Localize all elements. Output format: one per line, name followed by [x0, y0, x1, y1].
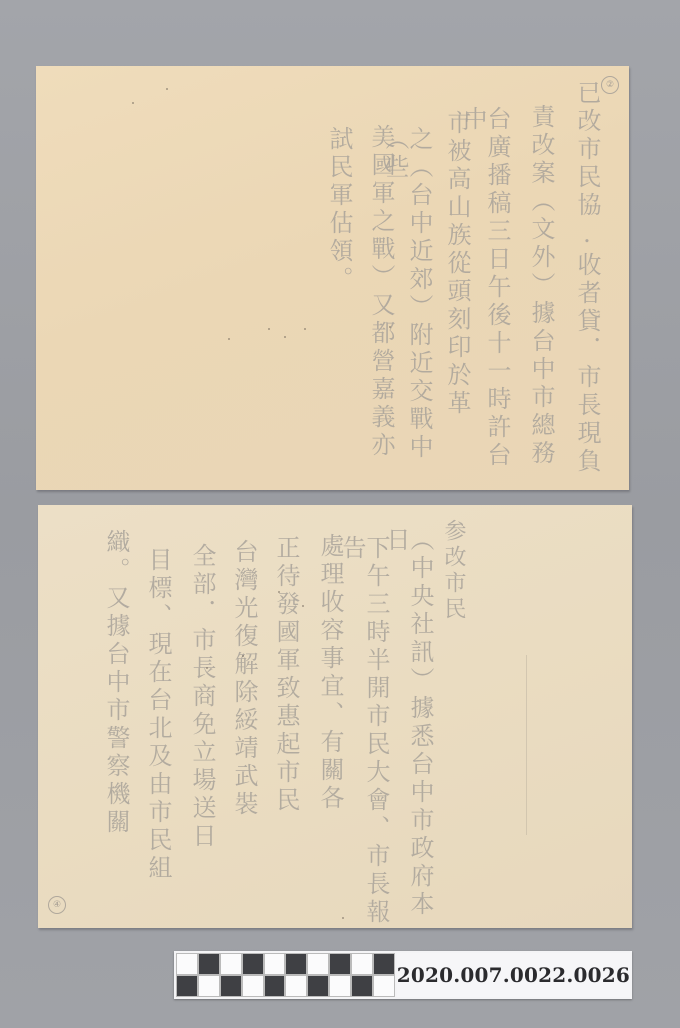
paper-speck: [284, 336, 286, 338]
text-column: （中央社訊）據悉台中市政府本日: [384, 527, 432, 928]
scale-cell: [242, 953, 264, 975]
paper-speck: [268, 328, 270, 330]
manuscript-sheet-bottom: 参改市民 （中央社訊）據悉台中市政府本日 下午三時半開市民大會、市長報告 處理收…: [38, 505, 632, 928]
scale-cell: [264, 975, 286, 997]
paper-speck: [228, 338, 230, 340]
paper-speck: [302, 605, 304, 607]
scale-cell: [198, 975, 220, 997]
paper-speck: [166, 88, 168, 90]
scale-cell: [329, 975, 351, 997]
scale-cell: [176, 975, 198, 997]
scale-cell: [176, 953, 198, 975]
scale-cell: [264, 953, 286, 975]
manuscript-sheet-top: ② 已改市民協.收者貸．市長現負 責改案（文外）據台中市總務 台廣播稿三日午後十…: [36, 66, 629, 490]
page-number-mark: ④: [48, 896, 66, 914]
scale-cell: [198, 953, 220, 975]
text-column: 全部．市長商免立場送日: [190, 543, 214, 851]
paper-speck: [389, 326, 391, 328]
text-column: 美國軍之戰）又都營嘉義亦: [369, 124, 393, 460]
handwritten-columns-bottom: 参改市民 （中央社訊）據悉台中市政府本日 下午三時半開市民大會、市長報告 處理收…: [38, 505, 632, 928]
scale-cell: [373, 953, 395, 975]
text-column: 台灣光復解除綏靖武裝: [232, 539, 256, 819]
scale-cell: [285, 953, 307, 975]
text-column: 下午三時半開市民大會、市長報告: [340, 535, 388, 928]
accession-number-label: 2020.007.0022.0026: [397, 953, 630, 997]
scale-cell: [242, 975, 264, 997]
paper-crease: [526, 655, 527, 835]
text-column: 已改市民協.收者貸．市長現負: [575, 80, 599, 476]
paper-speck: [242, 655, 244, 657]
paper-speck: [206, 667, 208, 669]
color-scale-bar: 2020.007.0022.0026: [174, 951, 632, 999]
checker-scale: [174, 951, 397, 999]
text-column: 試民軍估領。: [327, 126, 351, 294]
text-column: 織。又據台中市警察機關: [104, 529, 128, 837]
scale-cell: [285, 975, 307, 997]
paper-speck: [304, 328, 306, 330]
text-column: 目標、現在台北及由市民組: [146, 547, 170, 883]
paper-speck: [278, 591, 280, 593]
paper-speck: [132, 102, 134, 104]
handwritten-columns-top: 已改市民協.收者貸．市長現負 責改案（文外）據台中市總務 台廣播稿三日午後十一時…: [36, 66, 629, 490]
scale-cell: [373, 975, 395, 997]
scale-cell: [220, 953, 242, 975]
scale-cell: [220, 975, 242, 997]
scale-cell: [307, 975, 329, 997]
paper-speck: [342, 917, 344, 919]
text-column: 責改案（文外）據台中市總務: [529, 104, 553, 468]
scale-cell: [351, 975, 373, 997]
text-column: 参改市民: [442, 519, 464, 623]
text-column: 市被高山族從頭刻印於革: [445, 110, 469, 418]
scale-cell: [351, 953, 373, 975]
text-column: 處理收容事宜、有關各: [318, 533, 342, 813]
text-column: 正待發國軍致惠起市民: [274, 535, 298, 815]
scale-cell: [329, 953, 351, 975]
scale-cell: [307, 953, 329, 975]
